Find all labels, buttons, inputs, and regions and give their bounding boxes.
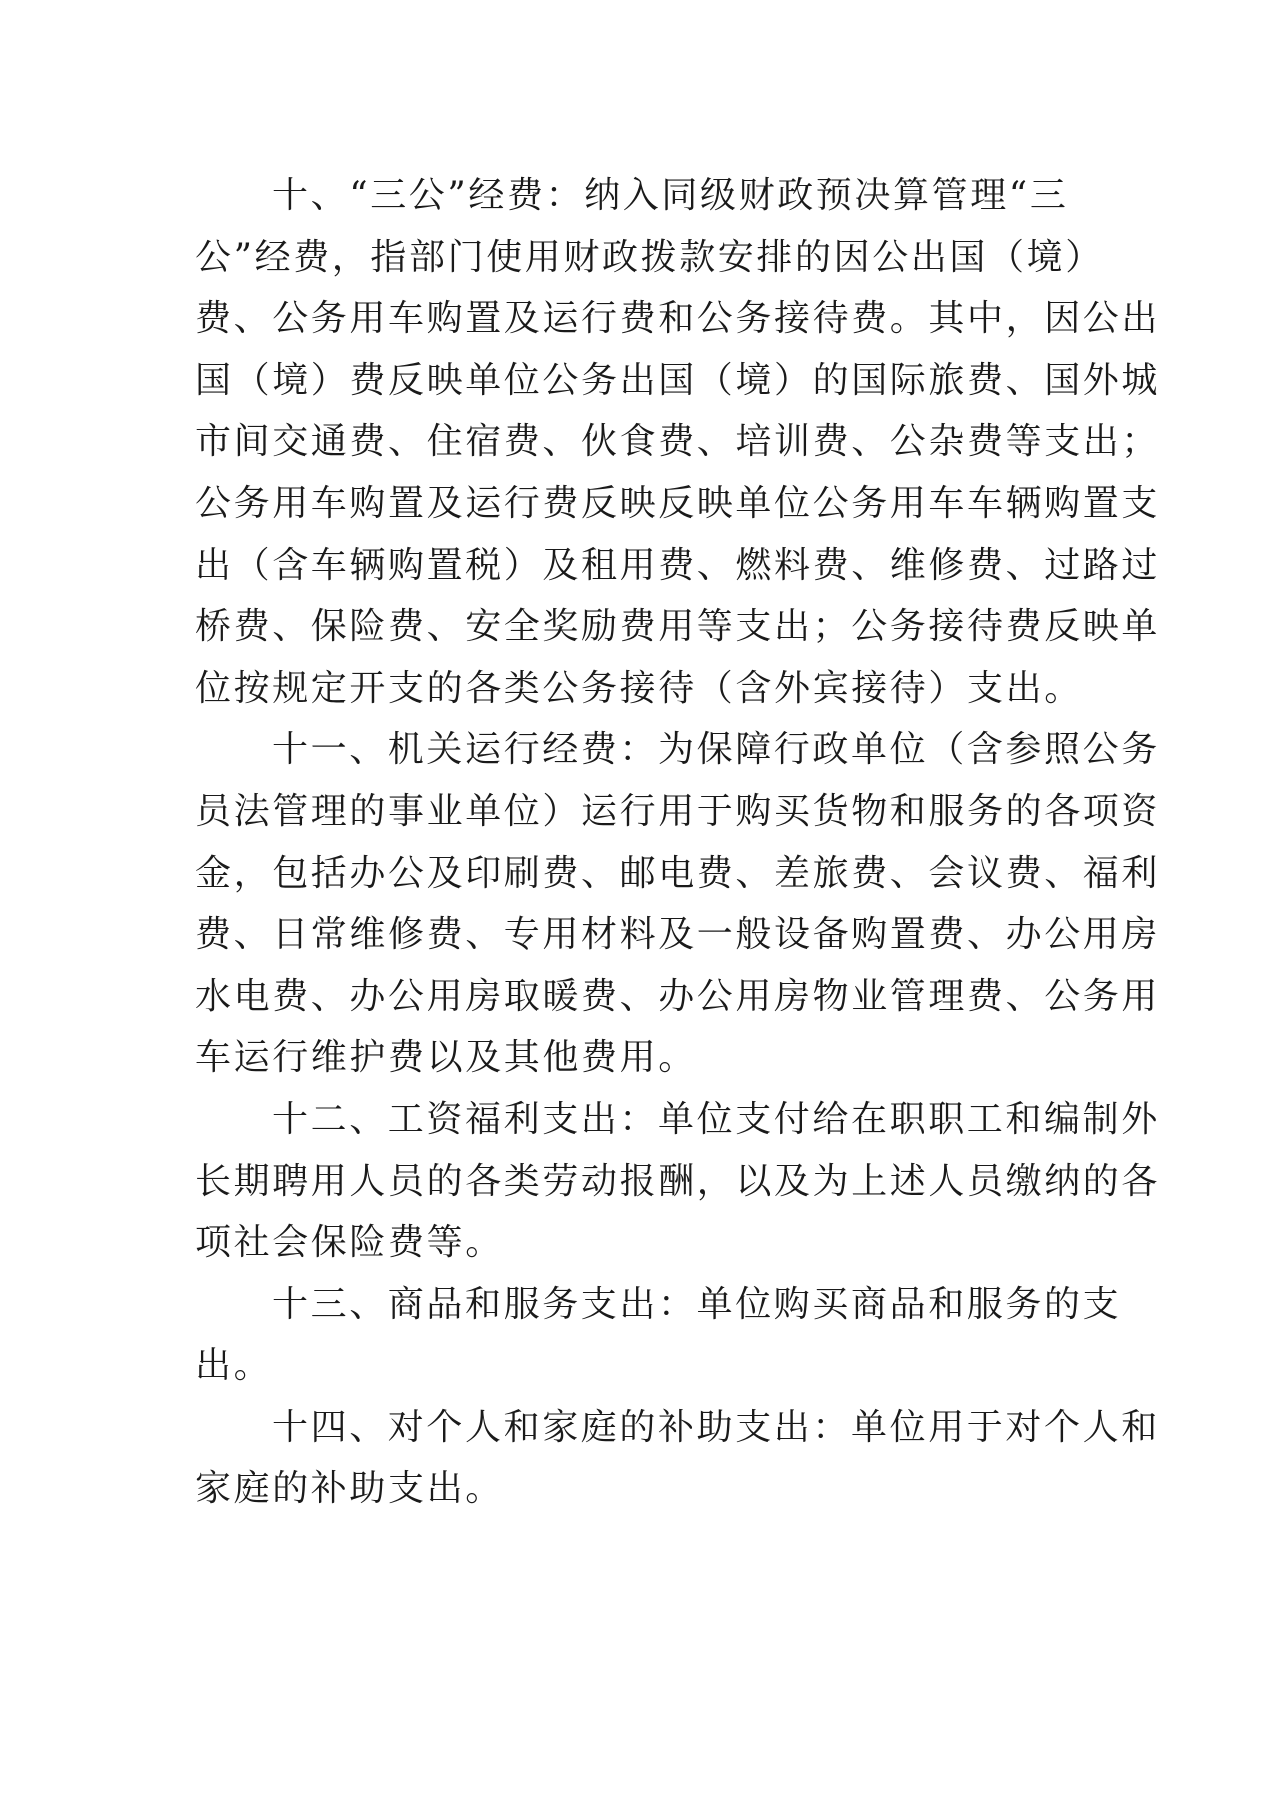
- paragraph-line: 位按规定开支的各类公务接待（含外宾接待）支出。: [195, 669, 1055, 731]
- section-14-household-subsidies: 十四、对个人和家庭的补助支出：单位用于对个人和 家庭的补助支出。: [195, 1408, 1055, 1531]
- paragraph-line: 桥费、保险费、安全奖励费用等支出；公务接待费反映单: [195, 607, 1055, 669]
- paragraph-line: 费、公务用车购置及运行费和公务接待费。其中，因公出: [195, 299, 1055, 361]
- paragraph-line: 出（含车辆购置税）及租用费、燃料费、维修费、过路过: [195, 546, 1055, 608]
- paragraph-line: 十一、机关运行经费：为保障行政单位（含参照公务: [195, 730, 1055, 792]
- paragraph-line: 十二、工资福利支出：单位支付给在职职工和编制外: [195, 1100, 1055, 1162]
- paragraph-line: 国（境）费反映单位公务出国（境）的国际旅费、国外城: [195, 361, 1055, 423]
- section-12-wages-benefits: 十二、工资福利支出：单位支付给在职职工和编制外 长期聘用人员的各类劳动报酬，以及…: [195, 1100, 1055, 1285]
- paragraph-line: 员法管理的事业单位）运行用于购买货物和服务的各项资: [195, 792, 1055, 854]
- paragraph-line: 公务用车购置及运行费反映反映单位公务用车车辆购置支: [195, 484, 1055, 546]
- paragraph-line: 项社会保险费等。: [195, 1223, 1055, 1285]
- paragraph-line: 市间交通费、住宿费、伙食费、培训费、公杂费等支出；: [195, 422, 1055, 484]
- paragraph-line: 出。: [195, 1346, 1055, 1408]
- paragraph-line: 费、日常维修费、专用材料及一般设备购置费、办公用房: [195, 915, 1055, 977]
- paragraph-line: 十四、对个人和家庭的补助支出：单位用于对个人和: [195, 1408, 1055, 1470]
- section-10-sangong-expenses: 十、“三公”经费：纳入同级财政预决算管理“三 公”经费，指部门使用财政拨款安排的…: [195, 176, 1055, 730]
- document-body: 十、“三公”经费：纳入同级财政预决算管理“三 公”经费，指部门使用财政拨款安排的…: [195, 176, 1055, 1531]
- paragraph-line: 公”经费，指部门使用财政拨款安排的因公出国（境）: [195, 238, 1055, 300]
- section-13-goods-services: 十三、商品和服务支出：单位购买商品和服务的支 出。: [195, 1285, 1055, 1408]
- section-11-agency-operating-expenses: 十一、机关运行经费：为保障行政单位（含参照公务 员法管理的事业单位）运行用于购买…: [195, 730, 1055, 1100]
- paragraph-line: 长期聘用人员的各类劳动报酬，以及为上述人员缴纳的各: [195, 1162, 1055, 1224]
- paragraph-line: 家庭的补助支出。: [195, 1469, 1055, 1531]
- paragraph-line: 十、“三公”经费：纳入同级财政预决算管理“三: [195, 176, 1055, 238]
- paragraph-line: 十三、商品和服务支出：单位购买商品和服务的支: [195, 1285, 1055, 1347]
- paragraph-line: 车运行维护费以及其他费用。: [195, 1038, 1055, 1100]
- paragraph-line: 水电费、办公用房取暖费、办公用房物业管理费、公务用: [195, 977, 1055, 1039]
- paragraph-line: 金，包括办公及印刷费、邮电费、差旅费、会议费、福利: [195, 854, 1055, 916]
- document-page: 十、“三公”经费：纳入同级财政预决算管理“三 公”经费，指部门使用财政拨款安排的…: [0, 0, 1273, 1800]
